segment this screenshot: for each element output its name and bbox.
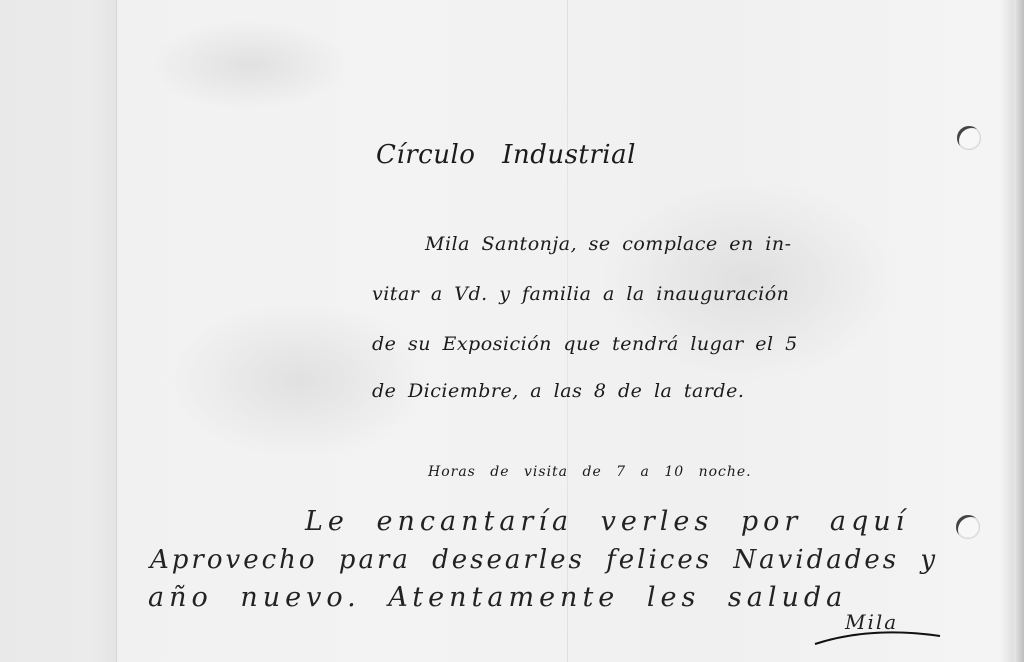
- invitation-title: Círculo Industrial: [376, 140, 636, 170]
- visiting-hours: Horas de visita de 7 a 10 noche.: [428, 464, 752, 480]
- invitation-body-line-2: vitar a Vd. y familia a la inauguración: [372, 283, 789, 305]
- invitation-body-line-1: Mila Santonja, se complace en in-: [425, 233, 792, 255]
- signature-underline-flourish: [810, 610, 950, 650]
- paper-right-edge: [1014, 0, 1024, 662]
- scanned-document: Círculo Industrial Mila Santonja, se com…: [0, 0, 1024, 662]
- paper-crease: [150, 20, 350, 110]
- paper-left-margin-strip: [0, 0, 117, 662]
- punch-hole-top: [957, 126, 981, 150]
- invitation-body-line-3: de su Exposición que tendrá lugar el 5: [372, 333, 798, 355]
- handwritten-line-2: Aprovecho para desearles felices Navidad…: [150, 545, 938, 575]
- punch-hole-bottom: [956, 515, 980, 539]
- invitation-body-line-4: de Diciembre, a las 8 de la tarde.: [372, 380, 744, 402]
- handwritten-line-3: año nuevo. Atentamente les saluda: [148, 582, 847, 613]
- handwritten-line-1: Le encantaría verles por aquí: [305, 506, 909, 537]
